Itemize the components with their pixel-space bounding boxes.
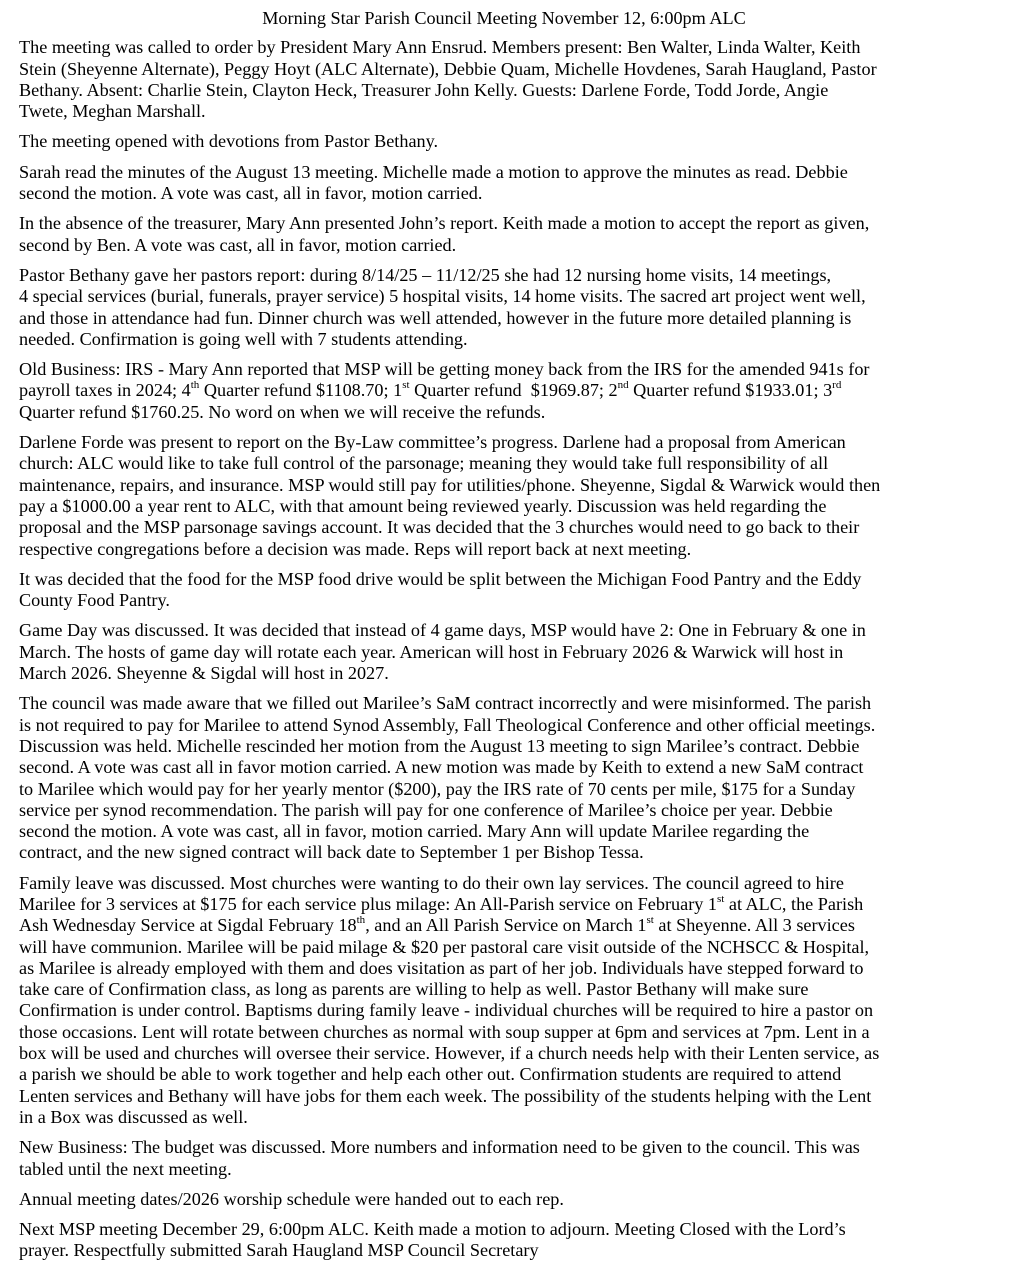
text-line: Marilee for 3 services at $175 for each … (19, 894, 1009, 915)
text-line: to Marilee which would pay for her yearl… (19, 779, 1009, 800)
text-segment: those occasions. Lent will rotate betwee… (19, 1022, 870, 1042)
text-line: County Food Pantry. (19, 590, 1009, 611)
text-line: is not required to pay for Marilee to at… (19, 715, 1009, 736)
paragraph: Pastor Bethany gave her pastors report: … (19, 265, 1009, 350)
text-segment: , and an All Parish Service on March 1 (365, 915, 646, 935)
paragraph: Annual meeting dates/2026 worship schedu… (19, 1189, 1009, 1210)
text-segment: payroll taxes in 2024; 4 (19, 380, 191, 400)
text-line: second by Ben. A vote was cast, all in f… (19, 235, 1009, 256)
text-line: church: ALC would like to take full cont… (19, 453, 1009, 474)
text-line: 4 special services (burial, funerals, pr… (19, 286, 1009, 307)
paragraph: Old Business: IRS - Mary Ann reported th… (19, 359, 1009, 423)
text-line: In the absence of the treasurer, Mary An… (19, 213, 1009, 234)
text-line: take care of Confirmation class, as long… (19, 979, 1009, 1000)
text-line: payroll taxes in 2024; 4th Quarter refun… (19, 380, 1009, 401)
text-line: Discussion was held. Michelle rescinded … (19, 736, 1009, 757)
text-segment: Ash Wednesday Service at Sigdal February… (19, 915, 357, 935)
paragraph: It was decided that the food for the MSP… (19, 569, 1009, 612)
superscript: st (647, 914, 654, 926)
text-line: second the motion. A vote was cast, all … (19, 183, 1009, 204)
text-segment: Quarter refund $1933.01; 3 (629, 380, 833, 400)
text-line: maintenance, repairs, and insurance. MSP… (19, 475, 1009, 496)
text-segment: a parish we should be able to work toget… (19, 1064, 841, 1084)
text-line: Stein (Sheyenne Alternate), Peggy Hoyt (… (19, 59, 1009, 80)
text-line: Annual meeting dates/2026 worship schedu… (19, 1189, 1009, 1210)
paragraph: Family leave was discussed. Most churche… (19, 873, 1009, 1129)
text-line: in a Box was discussed as well. (19, 1107, 1009, 1128)
text-line: second. A vote was cast all in favor mot… (19, 757, 1009, 778)
text-line: Next MSP meeting December 29, 6:00pm ALC… (19, 1219, 1009, 1240)
text-line: contract, and the new signed contract wi… (19, 842, 1009, 863)
text-line: Pastor Bethany gave her pastors report: … (19, 265, 1009, 286)
document-body: The meeting was called to order by Presi… (19, 37, 1009, 1261)
text-line: Bethany. Absent: Charlie Stein, Clayton … (19, 80, 1009, 101)
text-segment: box will be used and churches will overs… (19, 1043, 879, 1063)
paragraph: Game Day was discussed. It was decided t… (19, 620, 1009, 684)
text-line: The meeting opened with devotions from P… (19, 131, 1009, 152)
text-line: The council was made aware that we fille… (19, 693, 1009, 714)
paragraph: The council was made aware that we fille… (19, 693, 1009, 863)
text-segment: Marilee for 3 services at $175 for each … (19, 894, 717, 914)
text-segment: Quarter refund $1108.70; 1 (199, 380, 402, 400)
superscript: th (357, 914, 366, 926)
text-line: Lenten services and Bethany will have jo… (19, 1086, 1009, 1107)
text-segment: take care of Confirmation class, as long… (19, 979, 808, 999)
text-line: The meeting was called to order by Presi… (19, 37, 1009, 58)
text-line: Twete, Meghan Marshall. (19, 101, 1009, 122)
text-line: and those in attendance had fun. Dinner … (19, 308, 1009, 329)
text-segment: Old Business: IRS - Mary Ann reported th… (19, 359, 869, 379)
paragraph: The meeting opened with devotions from P… (19, 131, 1009, 152)
text-segment: at Sheyenne. All 3 services (654, 915, 855, 935)
paragraph: The meeting was called to order by Presi… (19, 37, 1009, 122)
text-line: tabled until the next meeting. (19, 1159, 1009, 1180)
superscript: nd (618, 379, 629, 391)
text-line: pay a $1000.00 a year rent to ALC, with … (19, 496, 1009, 517)
text-line: Sarah read the minutes of the August 13 … (19, 162, 1009, 183)
text-segment: Lenten services and Bethany will have jo… (19, 1086, 871, 1106)
text-line: March. The hosts of game day will rotate… (19, 642, 1009, 663)
text-line: New Business: The budget was discussed. … (19, 1137, 1009, 1158)
paragraph: Darlene Forde was present to report on t… (19, 432, 1009, 560)
text-segment: as Marilee is already employed with them… (19, 958, 863, 978)
superscript: th (191, 379, 200, 391)
document-page: Morning Star Parish Council Meeting Nove… (0, 0, 1009, 1282)
text-segment: at ALC, the Parish (724, 894, 863, 914)
text-line: Darlene Forde was present to report on t… (19, 432, 1009, 453)
text-segment: Confirmation is under control. Baptisms … (19, 1000, 873, 1020)
text-segment: Quarter refund $1760.25. No word on when… (19, 402, 545, 422)
text-line: box will be used and churches will overs… (19, 1043, 1009, 1064)
text-segment: Family leave was discussed. Most churche… (19, 873, 844, 893)
paragraph: New Business: The budget was discussed. … (19, 1137, 1009, 1180)
text-line: Confirmation is under control. Baptisms … (19, 1000, 1009, 1021)
text-line: second the motion. A vote was cast, all … (19, 821, 1009, 842)
text-line: those occasions. Lent will rotate betwee… (19, 1022, 1009, 1043)
paragraph: Next MSP meeting December 29, 6:00pm ALC… (19, 1219, 1009, 1262)
text-line: service per synod recommendation. The pa… (19, 800, 1009, 821)
superscript: st (717, 893, 724, 905)
document-title: Morning Star Parish Council Meeting Nove… (19, 8, 989, 29)
text-line: respective congregations before a decisi… (19, 539, 1009, 560)
text-line: March 2026. Sheyenne & Sigdal will host … (19, 663, 1009, 684)
superscript: st (402, 379, 409, 391)
text-line: Game Day was discussed. It was decided t… (19, 620, 1009, 641)
text-line: will have communion. Marilee will be pai… (19, 937, 1009, 958)
text-line: Quarter refund $1760.25. No word on when… (19, 402, 1009, 423)
text-line: proposal and the MSP parsonage savings a… (19, 517, 1009, 538)
text-segment: in a Box was discussed as well. (19, 1107, 248, 1127)
text-line: Old Business: IRS - Mary Ann reported th… (19, 359, 1009, 380)
text-line: It was decided that the food for the MSP… (19, 569, 1009, 590)
text-line: Ash Wednesday Service at Sigdal February… (19, 915, 1009, 936)
text-line: prayer. Respectfully submitted Sarah Hau… (19, 1240, 1009, 1261)
paragraph: Sarah read the minutes of the August 13 … (19, 162, 1009, 205)
text-line: a parish we should be able to work toget… (19, 1064, 1009, 1085)
superscript: rd (832, 379, 841, 391)
text-line: as Marilee is already employed with them… (19, 958, 1009, 979)
text-line: Family leave was discussed. Most churche… (19, 873, 1009, 894)
text-segment: will have communion. Marilee will be pai… (19, 937, 869, 957)
text-line: needed. Confirmation is going well with … (19, 329, 1009, 350)
paragraph: In the absence of the treasurer, Mary An… (19, 213, 1009, 256)
text-segment: Quarter refund $1969.87; 2 (410, 380, 618, 400)
